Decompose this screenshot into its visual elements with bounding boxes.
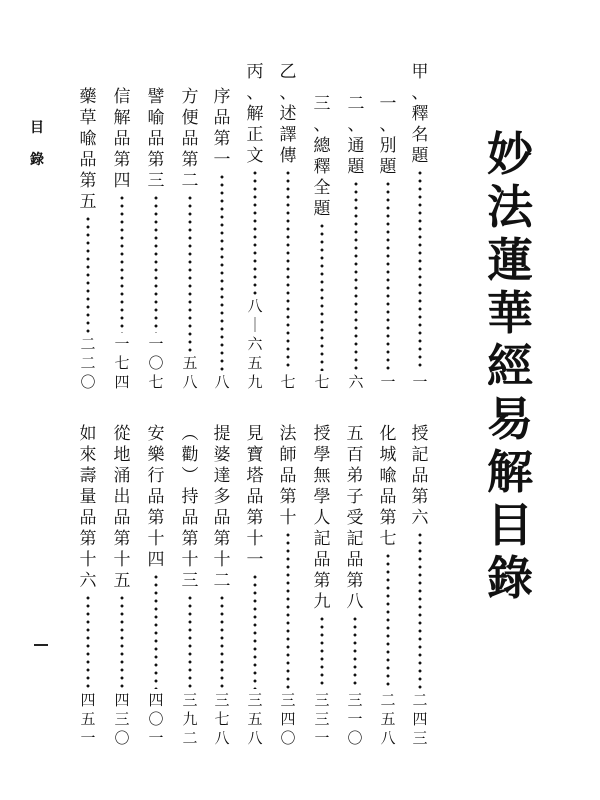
toc-page-number: 八｜六五九 bbox=[244, 297, 266, 392]
title-char: 目 bbox=[487, 499, 533, 552]
toc-page-number: 一〇七 bbox=[145, 335, 167, 392]
page-number bbox=[34, 644, 48, 646]
toc-page-number: 八 bbox=[211, 373, 233, 392]
toc-entry[interactable]: 譬喻品第三一〇七 bbox=[145, 87, 167, 392]
toc-entry[interactable]: 授學無學人記品第九三三一 bbox=[311, 424, 333, 748]
toc-entry[interactable]: ︵勸︶持品第十三三九二 bbox=[179, 424, 201, 748]
leader-dots bbox=[188, 594, 192, 689]
leader-dots bbox=[320, 615, 324, 689]
leader-dots bbox=[286, 169, 290, 371]
toc-page-number: 三七八 bbox=[211, 691, 233, 748]
toc-page-number: 七 bbox=[311, 373, 333, 392]
leader-dots bbox=[386, 180, 390, 371]
toc-entry-label: 二、通題 bbox=[345, 94, 367, 178]
toc-entry[interactable]: 一、別題一 bbox=[377, 94, 399, 392]
toc-page-number: 三三一 bbox=[311, 691, 333, 748]
leader-dots bbox=[86, 594, 90, 689]
toc-entry[interactable]: 見寶塔品第十一三五八 bbox=[244, 424, 266, 748]
leader-dots bbox=[120, 594, 124, 689]
title-char: 法 bbox=[487, 181, 533, 234]
toc-entry-label: 序品第一 bbox=[211, 87, 233, 171]
title-char: 華 bbox=[487, 287, 533, 340]
toc-entry-label: 從地涌出品第十五 bbox=[111, 424, 133, 592]
toc-page-number: 三五八 bbox=[244, 691, 266, 748]
leader-dots bbox=[286, 531, 290, 689]
toc-page-number: 五八 bbox=[179, 354, 201, 392]
toc-entry-label: 如來壽量品第十六 bbox=[77, 424, 99, 592]
leader-dots bbox=[86, 215, 90, 333]
leader-dots bbox=[354, 180, 358, 371]
toc-entry[interactable]: 丙、解正文八｜六五九 bbox=[244, 62, 266, 392]
side-label-char: 目 bbox=[30, 112, 44, 144]
toc-page-number: 三九二 bbox=[179, 691, 201, 748]
toc-entry-label: 甲、釋名題 bbox=[409, 62, 431, 167]
toc-entry-label: 法師品第十 bbox=[277, 424, 299, 529]
toc-entry-label: 化城喩品第七 bbox=[377, 424, 399, 550]
toc-entry-label: 藥草喩品第五 bbox=[77, 87, 99, 213]
toc-page-number: 六 bbox=[345, 373, 367, 392]
leader-dots bbox=[154, 573, 158, 689]
toc-entry-label: 方便品第二 bbox=[179, 87, 201, 192]
toc-entry[interactable]: 方便品第二五八 bbox=[179, 87, 201, 392]
leader-dots bbox=[154, 194, 158, 333]
side-label-char: 錄 bbox=[30, 144, 44, 176]
leader-dots bbox=[386, 552, 390, 689]
title-char: 錄 bbox=[487, 552, 533, 605]
leader-dots bbox=[418, 169, 422, 371]
toc-page-number: 二二〇 bbox=[77, 335, 99, 392]
toc-page-number: 三四〇 bbox=[277, 691, 299, 748]
toc-entry-label: 丙、解正文 bbox=[244, 62, 266, 167]
toc-entry[interactable]: 乙、述譯傳七 bbox=[277, 62, 299, 392]
title-char: 妙 bbox=[487, 128, 533, 181]
title-char: 蓮 bbox=[487, 234, 533, 287]
toc-entry[interactable]: 安樂行品第十四四〇一 bbox=[145, 424, 167, 748]
toc-entry[interactable]: 五百弟子受記品第八三一〇 bbox=[344, 424, 366, 748]
leader-dots bbox=[120, 194, 124, 333]
toc-entry-label: ︵勸︶持品第十三 bbox=[179, 424, 201, 592]
toc-page-number: 一七四 bbox=[111, 335, 133, 392]
toc-entry[interactable]: 提婆達多品第十二三七八 bbox=[211, 424, 233, 748]
leader-dots bbox=[220, 594, 224, 689]
toc-entry-label: 提婆達多品第十二 bbox=[211, 424, 233, 592]
leader-dots bbox=[320, 222, 324, 371]
toc-page-number: 七 bbox=[277, 373, 299, 392]
toc-entry[interactable]: 三、總釋全題七 bbox=[311, 94, 333, 392]
toc-entry[interactable]: 藥草喩品第五二二〇 bbox=[77, 87, 99, 392]
leader-dots bbox=[253, 573, 257, 689]
leader-dots bbox=[220, 173, 224, 371]
toc-page-number: 二四三 bbox=[409, 691, 431, 748]
toc-page-number: 四三〇 bbox=[111, 691, 133, 748]
toc-page-number: 三一〇 bbox=[344, 691, 366, 748]
leader-dots bbox=[353, 615, 357, 689]
title-char: 經 bbox=[487, 340, 533, 393]
leader-dots bbox=[188, 194, 192, 352]
toc-entry-label: 授記品第六 bbox=[409, 424, 431, 529]
toc-entry[interactable]: 法師品第十三四〇 bbox=[277, 424, 299, 748]
toc-entry-label: 三、總釋全題 bbox=[311, 94, 333, 220]
leader-dots bbox=[418, 531, 422, 689]
toc-page-number: 二五八 bbox=[377, 691, 399, 748]
document-title: 妙法蓮華經易解目錄 bbox=[478, 128, 542, 605]
toc-entry[interactable]: 二、通題六 bbox=[345, 94, 367, 392]
side-label: 目錄 bbox=[24, 112, 50, 176]
title-char: 易 bbox=[487, 393, 533, 446]
toc-page-number: 一 bbox=[409, 373, 431, 392]
toc-entry[interactable]: 從地涌出品第十五四三〇 bbox=[111, 424, 133, 748]
toc-entry-label: 譬喻品第三 bbox=[145, 87, 167, 192]
toc-entry-label: 授學無學人記品第九 bbox=[311, 424, 333, 613]
toc-page-number: 一 bbox=[377, 373, 399, 392]
toc-entry-label: 五百弟子受記品第八 bbox=[344, 424, 366, 613]
toc-page-number: 四五一 bbox=[77, 691, 99, 748]
toc-entry-label: 安樂行品第十四 bbox=[145, 424, 167, 571]
title-char: 解 bbox=[487, 446, 533, 499]
toc-entry[interactable]: 授記品第六二四三 bbox=[409, 424, 431, 748]
toc-entry[interactable]: 甲、釋名題一 bbox=[409, 62, 431, 392]
toc-entry[interactable]: 化城喩品第七二五八 bbox=[377, 424, 399, 748]
toc-entry[interactable]: 序品第一八 bbox=[211, 87, 233, 392]
toc-entry-label: 信解品第四 bbox=[111, 87, 133, 192]
toc-entry[interactable]: 信解品第四一七四 bbox=[111, 87, 133, 392]
toc-entry-label: 見寶塔品第十一 bbox=[244, 424, 266, 571]
leader-dots bbox=[253, 169, 257, 295]
toc-page-number: 四〇一 bbox=[145, 691, 167, 748]
toc-entry-label: 一、別題 bbox=[377, 94, 399, 178]
toc-entry-label: 乙、述譯傳 bbox=[277, 62, 299, 167]
toc-entry[interactable]: 如來壽量品第十六四五一 bbox=[77, 424, 99, 748]
